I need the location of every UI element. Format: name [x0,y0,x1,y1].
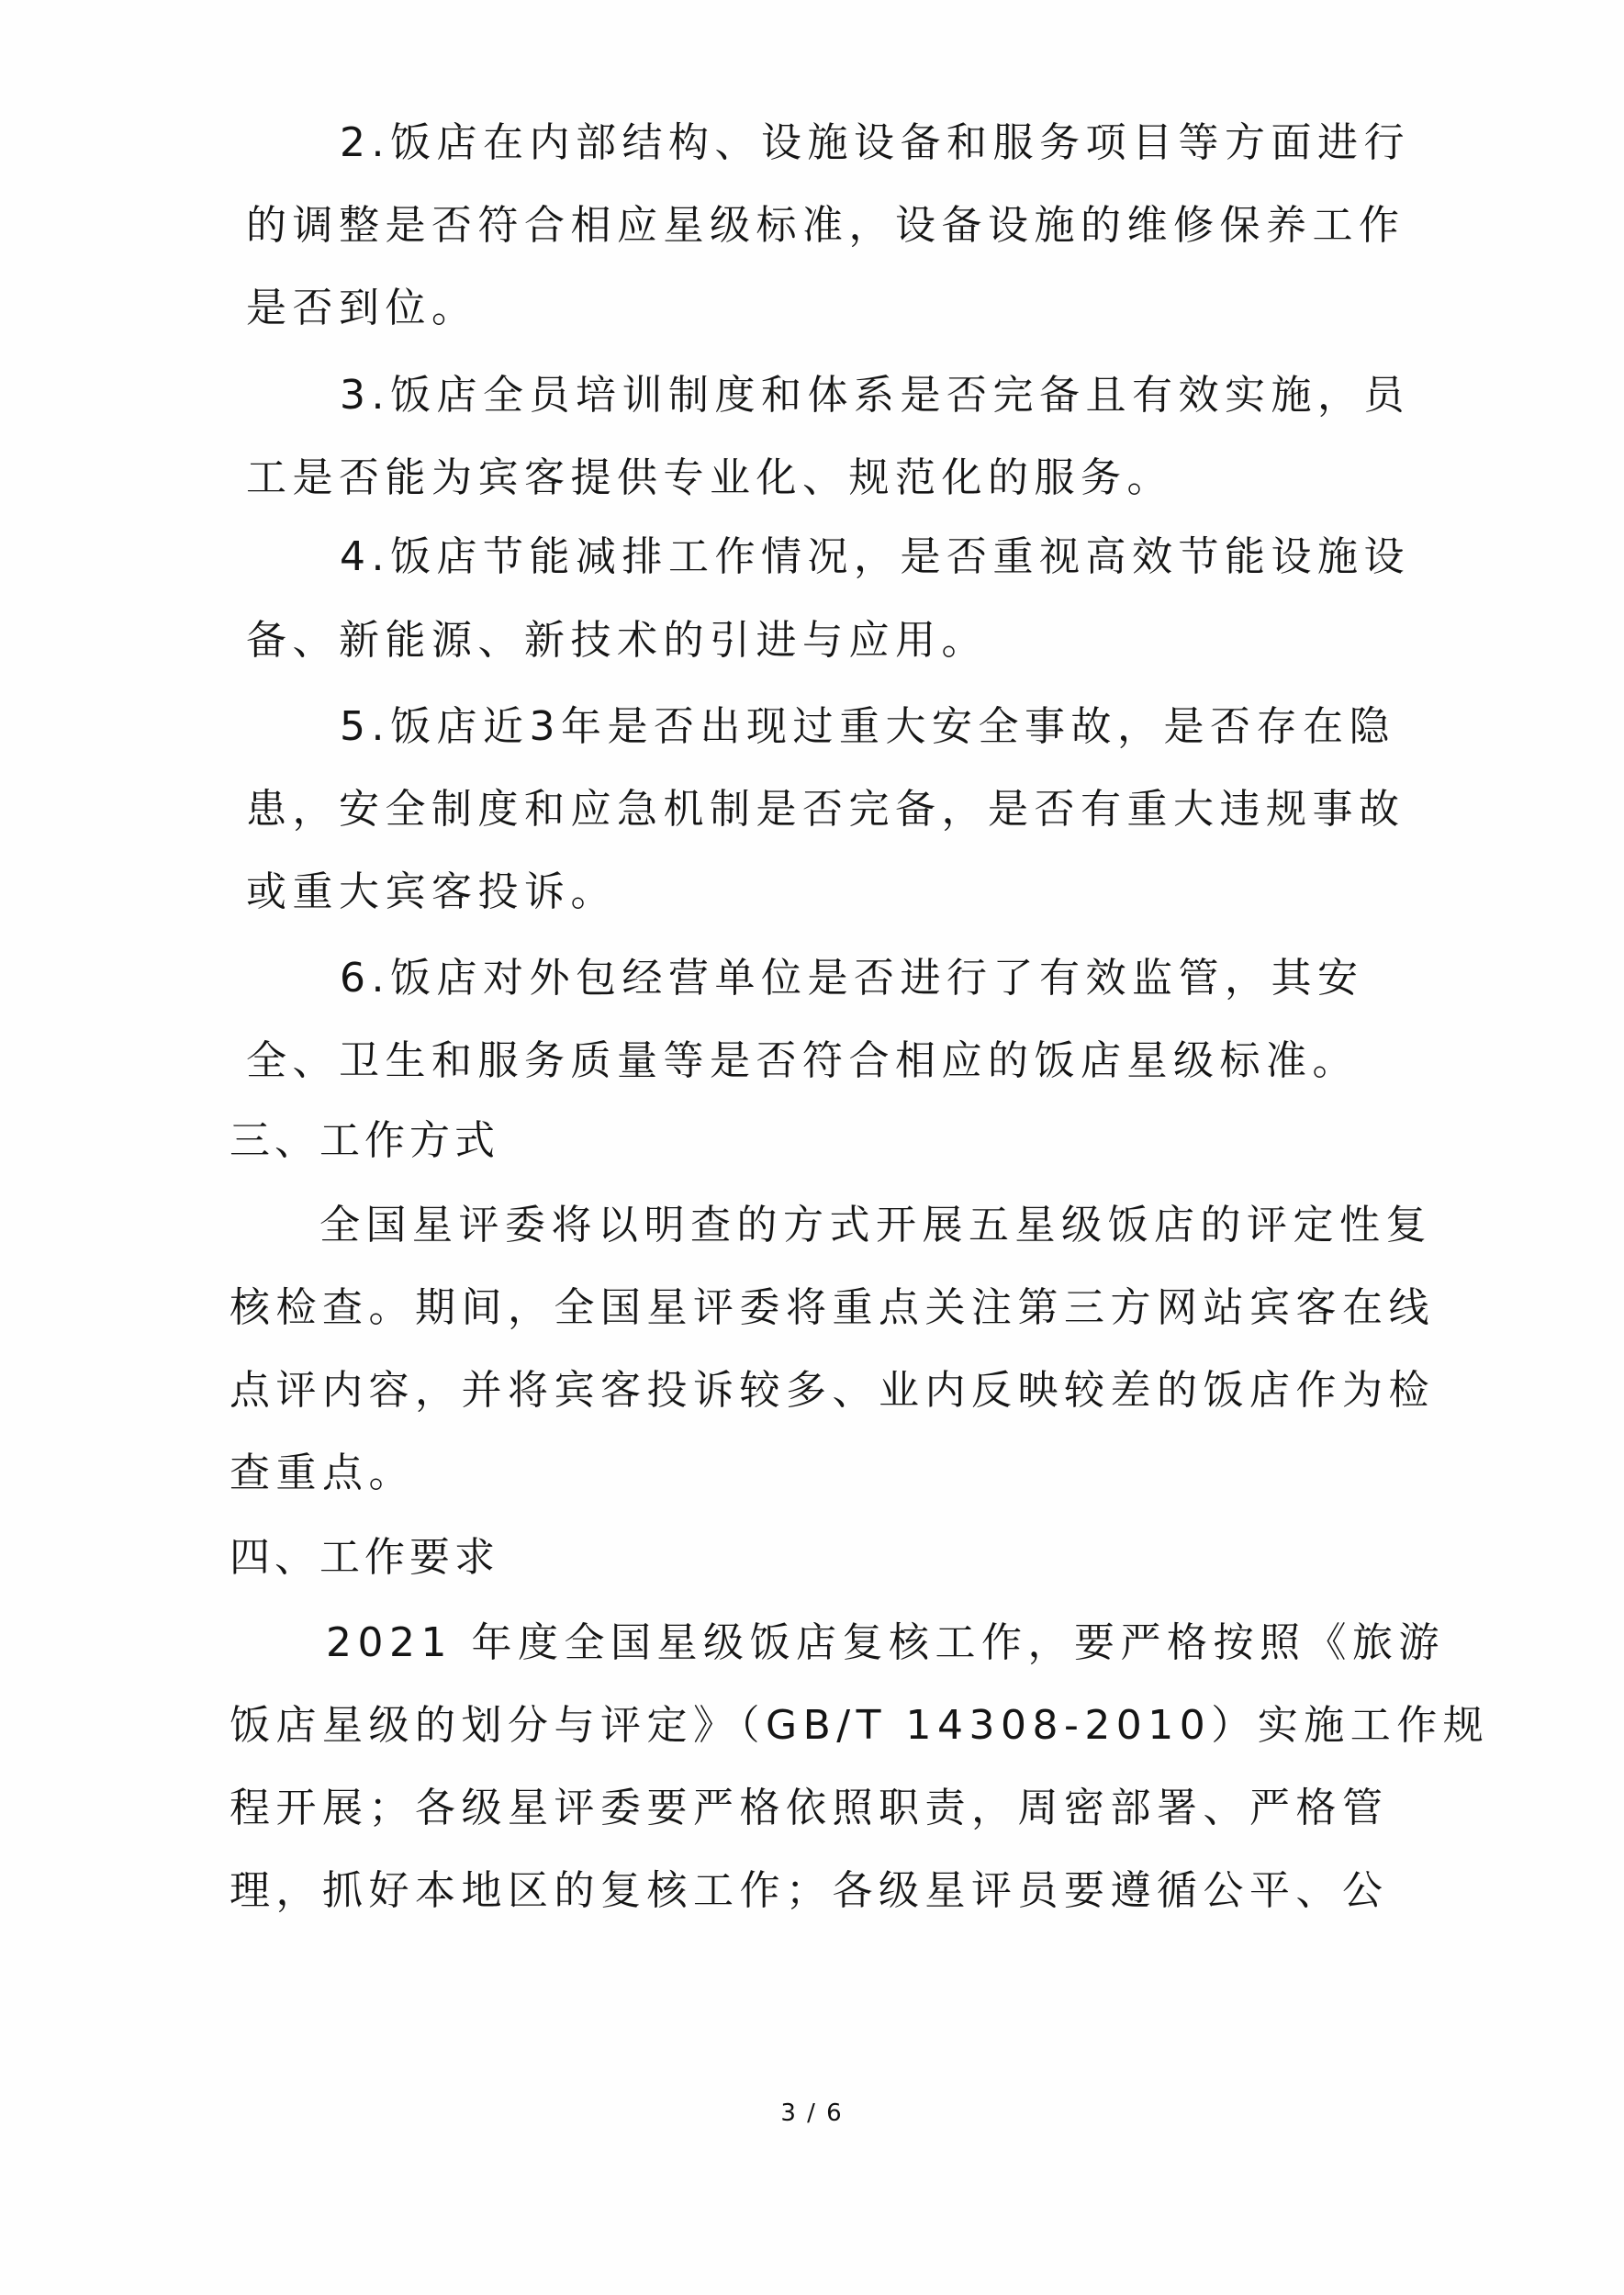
section-3-line-3: 点评内容，并将宾客投诉较多、业内反映较差的饭店作为检 [230,1363,1435,1418]
item-5-line-1: 5.饭店近3年是否出现过重大安全事故，是否存在隐 [340,700,1395,755]
section-4-line-3: 程开展；各级星评委要严格依照职责，周密部署、严格管 [230,1781,1389,1836]
item-4-line-2: 备、新能源、新技术的引进与应用。 [246,613,988,668]
item-3-line-2: 工是否能为宾客提供专业化、规范化的服务。 [246,451,1173,506]
item-6-line-2: 全、卫生和服务质量等是否符合相应的饭店星级标准。 [246,1034,1359,1089]
section-3-line-4: 查重点。 [230,1446,415,1501]
item-6-line-1: 6.饭店对外包经营单位是否进行了有效监管，其安 [340,951,1363,1006]
item-3-line-1: 3.饭店全员培训制度和体系是否完备且有效实施，员 [340,368,1410,423]
section-3-line-1: 全国星评委将以明查的方式开展五星级饭店的评定性复 [319,1198,1432,1253]
section-4-line-2: 饭店星级的划分与评定》（GB/T 14308-2010）实施工作规 [230,1698,1489,1753]
section-4-line-1: 2021 年度全国星级饭店复核工作，要严格按照《旅游 [326,1616,1445,1671]
item-2-line-2: 的调整是否符合相应星级标准，设备设施的维修保养工作 [246,198,1406,253]
item-4-line-1: 4.饭店节能减排工作情况，是否重视高效节能设施设 [340,530,1410,585]
item-2-line-3: 是否到位。 [246,281,478,336]
page-number: 3 / 6 [0,2099,1624,2127]
section-4-heading: 四、工作要求 [230,1530,499,1585]
section-4-line-4: 理，抓好本地区的复核工作；各级星评员要遵循公平、公 [230,1864,1389,1919]
section-3-heading: 三、工作方式 [230,1114,499,1169]
item-2-line-1: 2.饭店在内部结构、设施设备和服务项目等方面进行 [340,116,1410,171]
section-3-line-2: 核检查。期间，全国星评委将重点关注第三方网站宾客在线 [230,1281,1435,1336]
item-5-line-3: 或重大宾客投诉。 [246,865,617,920]
item-5-line-2: 患，安全制度和应急机制是否完备，是否有重大违规事故 [246,782,1406,837]
document-page: 2.饭店在内部结构、设施设备和服务项目等方面进行 的调整是否符合相应星级标准，设… [0,0,1624,2295]
